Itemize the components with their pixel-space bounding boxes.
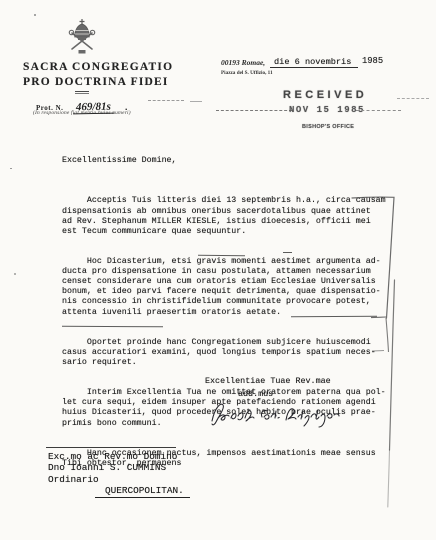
dateline-typed-date: die 6 novembris [274,57,351,67]
papal-tiara-crossed-keys-icon [66,18,98,56]
dateline-year: 1985 [362,56,383,66]
paragraph-2: Hoc Dicasterium, etsi gravis momenti aes… [62,257,408,318]
closing-line1: Excellentiae Tuae Rev.mae [205,376,331,386]
letterhead-ornament-rule [75,91,89,94]
recipient-see-name: QUERCOPOLITAN. [95,485,190,498]
letterhead: SACRA CONGREGATIO PRO DOCTRINA FIDEI [23,60,173,90]
document-page: { "page": { "paper_color": "#fbfaf7", "i… [0,0,436,540]
scan-artifact-dashes [397,98,429,99]
paragraph-1: Acceptis Tuis litteris diei 13 septembri… [62,196,408,236]
recipient-separator-line [46,447,176,448]
recipient-block: Exc.mo ac Rev.mo Domino Dno Ioanni S. CU… [48,451,190,496]
received-stamp-text: RECEIVED [283,89,367,101]
scan-artifact-dashes [148,100,184,101]
received-stamp-office: BISHOP'S OFFICE [302,124,354,130]
received-stamp-date: NOV 15 1985 [289,105,365,115]
letterhead-line1: SACRA CONGREGATIO [23,60,173,75]
paragraph-3: Oportet proinde hanc Congregationem subj… [62,338,408,368]
scan-artifact-dash [190,101,202,102]
letterhead-line2: PRO DOCTRINA FIDEI [23,75,173,90]
dateline-address: Piazza del S. Uffizio, 11 [221,70,273,76]
stamp-strike-line [356,110,401,111]
stamp-strike-line [216,110,292,111]
signature-scribble [206,397,341,429]
scan-speck [34,14,36,16]
recipient-line1: Exc.mo ac Rev.mo Domino [48,451,190,462]
recipient-line3: Ordinario [48,474,190,485]
dateline-city: 00193 Romae, [221,58,265,67]
dateline-underline [270,67,358,68]
protocol-note: (In responsione fiat mentio huius numeri… [33,110,131,116]
recipient-line2: Dno Ioanni S. CUMMINS [48,462,190,473]
scan-speck [14,273,16,275]
pen-dash-aetate [283,252,292,253]
recipient-line4: QUERCOPOLITAN. [95,485,190,496]
salutation: Excellentissime Domine, [62,156,408,166]
scan-speck [10,168,12,169]
